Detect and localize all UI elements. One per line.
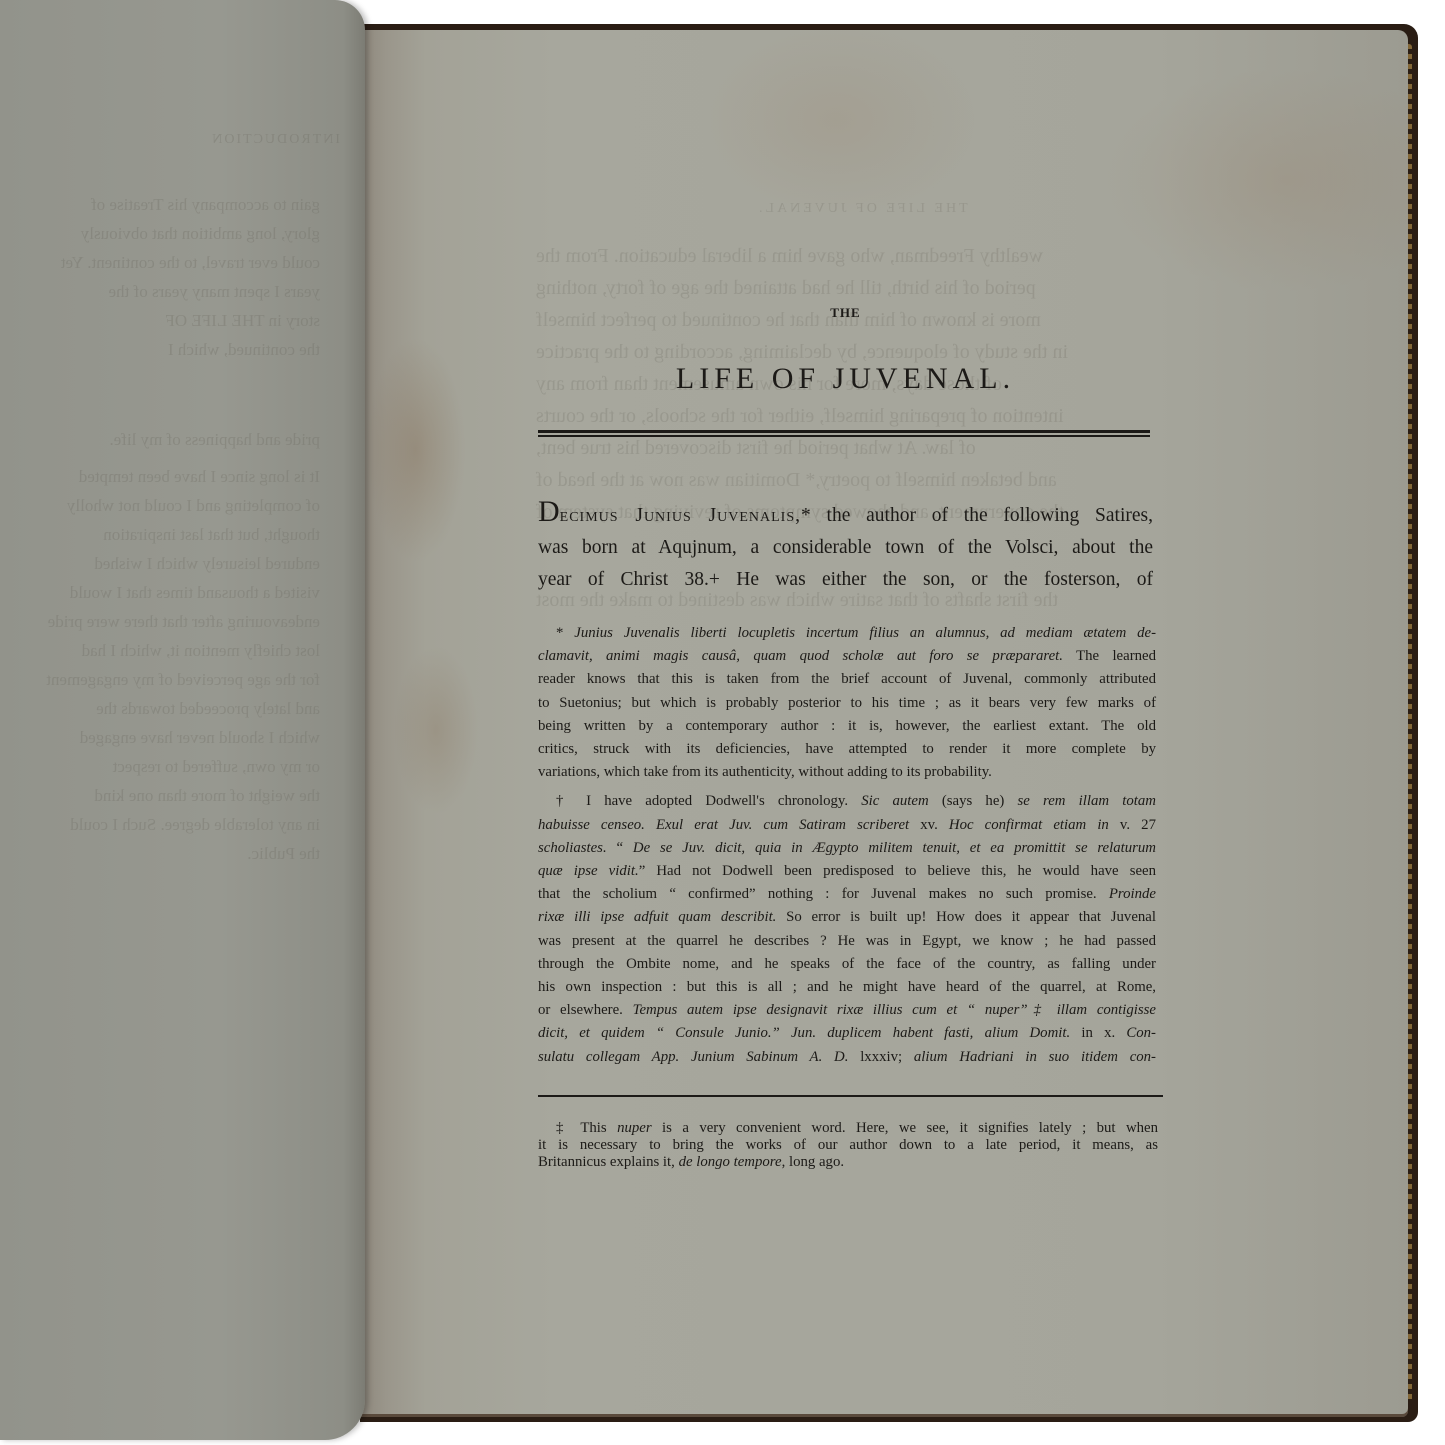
latin-text: de longo tempore [679, 1154, 782, 1170]
footnote-rule [538, 1095, 1163, 1097]
show-through-line: for the age perceived of my engagement [20, 665, 320, 694]
footnote-line: sulatu collegam App. Junium Sabinum A. D… [538, 1046, 1156, 1069]
footnote-line: ‡ This nuper is a very convenient word. … [538, 1120, 1158, 1137]
latin-text: quæ ipse vidit. [538, 863, 639, 879]
footnote-marker: * [556, 625, 563, 641]
footnote-text: , long ago. [782, 1154, 844, 1170]
show-through-running-head: INTRODUCTION [40, 125, 340, 154]
show-through-line: lost chiefly mention it, which I had [20, 636, 320, 665]
footnote-line: reader knows that this is taken from the… [538, 668, 1156, 691]
show-through-line: endured leisurely which I wished [20, 549, 320, 578]
footnote-marker: ‡ [556, 1120, 570, 1136]
show-through-line: visited a thousand times that I would [20, 578, 320, 607]
show-through-line: in any tolerable degree. Such I could [20, 810, 320, 839]
footnote-line: was present at the quarrel he describes … [538, 930, 1156, 953]
footnote-line: * Junius Juvenalis liberti locupletis in… [538, 622, 1156, 645]
footnote-line: Britannicus explains it, de longo tempor… [538, 1154, 1158, 1171]
latin-text: Proinde [1109, 886, 1156, 902]
footnote-text: xv. [909, 817, 949, 833]
latin-text: se rem illam totam [1018, 793, 1156, 809]
footnote-text: Britannicus explains it, [538, 1154, 679, 1170]
footnote-line: scholiastes. “ De se Juv. dicit, quia in… [538, 837, 1156, 860]
show-through-line: glory, long ambition that obviously [20, 219, 320, 248]
latin-text: dicit, et quidem “ Consule Junio.” Jun. … [538, 1025, 1070, 1041]
bottom-footnote: ‡ This nuper is a very convenient word. … [538, 1120, 1158, 1171]
latin-text: Tempus autem ipse designavit rixæ illius… [633, 1002, 1156, 1018]
footnote-text: is a very convenient word. Here, we see,… [652, 1120, 1158, 1136]
latin-text: Hoc confirmat etiam in [949, 817, 1109, 833]
footnote-line: dicit, et quidem “ Consule Junio.” Jun. … [538, 1022, 1156, 1045]
show-through-line: and lately proceeded towards the [20, 694, 320, 723]
footnote-line: critics, struck with its deficiencies, h… [538, 738, 1156, 761]
heading-the: THE [538, 305, 1153, 321]
latin-text: clamavit, animi magis causâ, quam quod s… [538, 648, 1063, 664]
footnote-text: “ [607, 840, 633, 856]
show-through-line: endeavouring after that there were pride [20, 607, 320, 636]
show-through-line: intention of preparing himself, either f… [536, 402, 1064, 430]
show-through-line: gain to accompany his Treatise of [20, 190, 320, 219]
footnote-line: being written by a contemporary author :… [538, 715, 1156, 738]
show-through-line: years I spent many years of the [20, 277, 320, 306]
footnote-text: The learned [1063, 648, 1156, 664]
footnote-line: clamavit, animi magis causâ, quam quod s… [538, 645, 1156, 668]
footnote-line: through the Ombite nome, and he speaks o… [538, 953, 1156, 976]
footnote-line: quæ ipse vidit.” Had not Dodwell been pr… [538, 860, 1156, 883]
show-through-line: the continued, which I [20, 335, 320, 364]
footnote-text: in x. [1070, 1025, 1126, 1041]
footnote-text: ” Had not Dodwell been predisposed to be… [639, 863, 1156, 879]
footnote-text: v. 27 [1109, 817, 1156, 833]
show-through-line: pride and happiness of my life. [20, 425, 320, 454]
footnote-text: So error is built up! How does it appear… [776, 909, 1156, 925]
footnotes: * Junius Juvenalis liberti locupletis in… [538, 622, 1156, 1069]
footnote-text: lxxxiv; [848, 1049, 913, 1065]
latin-text: De se Juv. dicit, quia in Ægypto militem… [633, 840, 1156, 856]
footnote-text: or elsewhere. [538, 1002, 633, 1018]
body-line: Decimus Junius Juvenalis,* the author of… [538, 496, 1153, 532]
latin-text: habuisse censeo. Exul erat Juv. cum Sati… [538, 817, 909, 833]
latin-text: sulatu collegam App. Junium Sabinum A. D… [538, 1049, 848, 1065]
footnote-line: habuisse censeo. Exul erat Juv. cum Sati… [538, 814, 1156, 837]
show-through-line: thought, but that last inspiration [20, 520, 320, 549]
footnote-text: that the scholium “ confirmed” nothing :… [538, 886, 1109, 902]
show-through-line: could ever travel, to the continent. Yet [20, 248, 320, 277]
left-page: INTRODUCTION gain to accompany his Treat… [0, 0, 365, 1440]
body-line: was born at Aqujnum, a considerable town… [538, 532, 1153, 564]
latin-text: Con- [1126, 1025, 1156, 1041]
footnote-marker: † [556, 793, 573, 809]
body-line: year of Christ 38.+ He was either the so… [538, 564, 1153, 596]
body-text: * the author of the following Satires, [801, 505, 1153, 526]
body-paragraph: Decimus Junius Juvenalis,* the author of… [538, 496, 1153, 596]
footnote-text: (says he) [929, 793, 1018, 809]
show-through-line: It is long since I have been tempted [20, 462, 320, 491]
footnote-line: to Suetonius; but which is probably post… [538, 692, 1156, 715]
footnote-line: his own inspection : but this is all ; a… [538, 976, 1156, 999]
page-title: LIFE OF JUVENAL. [538, 362, 1153, 396]
drop-cap: D [538, 495, 560, 528]
footnote-line: rixæ illi ipse adfuit quam describit. So… [538, 906, 1156, 929]
show-through-line: story in THE LIFE OF [20, 306, 320, 335]
show-through-line: and betaken himself to poetry,* Domitian… [536, 466, 1057, 494]
latin-text: rixæ illi ipse adfuit quam describit. [538, 909, 776, 925]
latin-text: Sic autem [861, 793, 928, 809]
show-through-running-head: THE LIFE OF JUVENAL. [756, 195, 968, 223]
latin-text: scholiastes. [538, 840, 607, 856]
show-through-line: of completing and I could not wholly [20, 491, 320, 520]
footnote-line: that the scholium “ confirmed” nothing :… [538, 883, 1156, 906]
show-through-line: or my own, suffered to respect [20, 752, 320, 781]
double-rule-divider [538, 430, 1150, 437]
footnote-line: it is necessary to bring the works of ou… [538, 1137, 1158, 1154]
author-name: ecimus Junius Juvenalis, [560, 505, 801, 526]
show-through-line: which I should never have engaged [20, 723, 320, 752]
footnote-text: I have adopted Dodwell's chronology. [586, 793, 861, 809]
show-through-line: of law. At what period he first discover… [536, 434, 976, 462]
latin-text: nuper [617, 1120, 652, 1136]
show-through-line: wealthy Freedman, who gave him a liberal… [536, 242, 1043, 270]
show-through-line: period of his birth, till he had attaine… [536, 274, 1036, 302]
latin-text: Junius Juvenalis liberti locupletis ince… [574, 625, 1156, 641]
footnote-text: This [580, 1120, 617, 1136]
show-through-line: the weight of more than one kind [20, 781, 320, 810]
footnote-line: or elsewhere. Tempus autem ipse designav… [538, 999, 1156, 1022]
footnote-line: † I have adopted Dodwell's chronology. S… [538, 790, 1156, 813]
footnote-line: variations, which take from its authenti… [538, 761, 1156, 784]
latin-text: alium Hadriani in suo itidem con- [914, 1049, 1156, 1065]
show-through-line: the Public. [20, 839, 320, 868]
